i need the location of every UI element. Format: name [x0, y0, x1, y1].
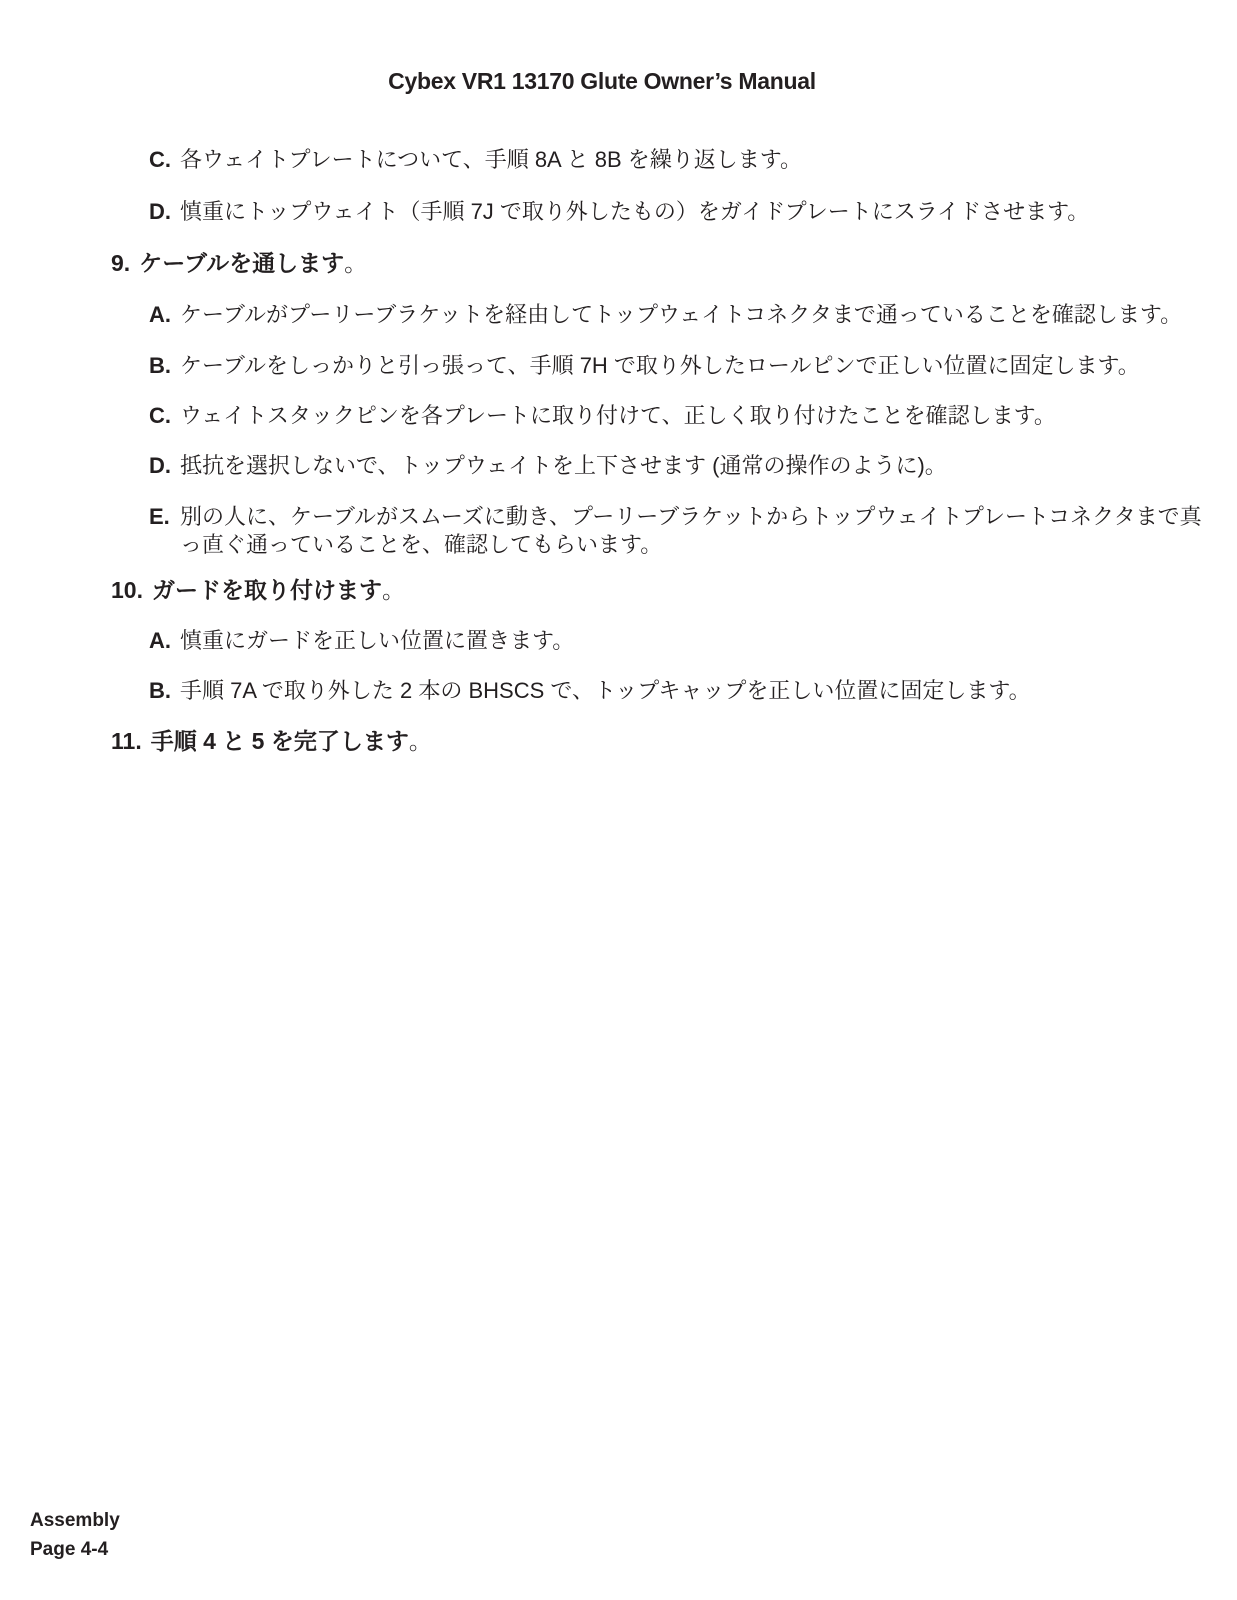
- item-text: ケーブルがプーリーブラケットを経由してトップウェイトコネクタまで通っていることを…: [180, 301, 1182, 329]
- section-period: 。: [409, 728, 432, 754]
- item-label: D.: [149, 198, 171, 226]
- item-text: ウェイトスタックピンを各プレートに取り付けて、正しく取り付けたことを確認します。: [180, 402, 1056, 430]
- item-text: 手順 7A で取り外した 2 本の BHSCS で、トップキャップを正しい位置に…: [180, 677, 1031, 705]
- section-heading-9: 9.ケーブルを通します。: [111, 249, 367, 277]
- item-label: D.: [149, 452, 171, 480]
- item-text: 抵抗を選択しないで、トップウェイトを上下させます (通常の操作のように)。: [180, 452, 947, 480]
- item-text: 各ウェイトプレートについて、手順 8A と 8B を繰り返します。: [180, 146, 802, 174]
- instruction-item-8c: C. 各ウェイトプレートについて、手順 8A と 8B を繰り返します。: [149, 146, 802, 174]
- section-title: ケーブルを通します: [139, 250, 344, 276]
- instruction-item-10a: A. 慎重にガードを正しい位置に置きます。: [149, 627, 574, 655]
- section-heading-10: 10.ガードを取り付けます。: [111, 576, 405, 604]
- page-footer: Assembly Page 4-4: [30, 1506, 120, 1564]
- footer-page-label: Page 4-4: [30, 1535, 120, 1564]
- section-number: 10.: [111, 576, 143, 604]
- item-label: E.: [149, 503, 170, 531]
- item-label: A.: [149, 301, 171, 329]
- section-period: 。: [382, 577, 405, 603]
- section-heading-11: 11.手順 4 と 5 を完了します。: [111, 727, 432, 755]
- item-text: 慎重にトップウェイト（手順 7J で取り外したもの）をガイドプレートにスライドさ…: [180, 198, 1089, 226]
- section-period: 。: [344, 250, 367, 276]
- item-text-continued: っ直ぐ通っていることを、確認してもらいます。: [180, 531, 1202, 559]
- instruction-item-10b: B. 手順 7A で取り外した 2 本の BHSCS で、トップキャップを正しい…: [149, 677, 1031, 705]
- manual-page: Cybex VR1 13170 Glute Owner’s Manual C. …: [0, 0, 1237, 1600]
- section-title: ガードを取り付けます: [152, 577, 382, 603]
- instruction-item-9c: C. ウェイトスタックピンを各プレートに取り付けて、正しく取り付けたことを確認し…: [149, 402, 1056, 430]
- item-text: ケーブルをしっかりと引っ張って、手順 7H で取り外したロールピンで正しい位置に…: [180, 352, 1140, 380]
- instruction-item-9d: D. 抵抗を選択しないで、トップウェイトを上下させます (通常の操作のように)。: [149, 452, 947, 480]
- footer-assembly-label: Assembly: [30, 1506, 120, 1535]
- item-label: B.: [149, 352, 171, 380]
- item-label: C.: [149, 146, 171, 174]
- item-label: A.: [149, 627, 171, 655]
- instruction-item-9e: E. 別の人に、ケーブルがスムーズに動き、プーリーブラケットからトップウェイトプ…: [149, 503, 1202, 559]
- instruction-item-9a: A. ケーブルがプーリーブラケットを経由してトップウェイトコネクタまで通っている…: [149, 301, 1182, 329]
- item-text: 慎重にガードを正しい位置に置きます。: [180, 627, 574, 655]
- section-number: 9.: [111, 249, 130, 277]
- page-header-title: Cybex VR1 13170 Glute Owner’s Manual: [0, 67, 1204, 95]
- section-title: 手順 4 と 5 を完了します: [151, 728, 409, 754]
- instruction-item-9b: B. ケーブルをしっかりと引っ張って、手順 7H で取り外したロールピンで正しい…: [149, 352, 1140, 380]
- item-text: 別の人に、ケーブルがスムーズに動き、プーリーブラケットからトップウェイトプレート…: [180, 503, 1202, 531]
- item-label: B.: [149, 677, 171, 705]
- instruction-item-8d: D. 慎重にトップウェイト（手順 7J で取り外したもの）をガイドプレートにスラ…: [149, 198, 1089, 226]
- item-label: C.: [149, 402, 171, 430]
- section-number: 11.: [111, 727, 142, 755]
